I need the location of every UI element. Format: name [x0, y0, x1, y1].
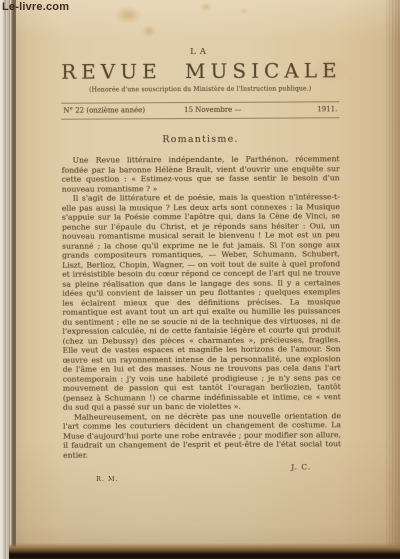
article-title: Romantisme. — [61, 133, 339, 145]
page-edges-texture — [386, 0, 400, 559]
article-paragraph: Malheureusement, on ne décrète pas une n… — [63, 411, 341, 460]
watermark-text: Le-livre.com — [2, 1, 69, 13]
issue-year: 1911. — [254, 105, 337, 113]
article-paragraph: Une Revue littéraire indépendante, le Pa… — [62, 154, 340, 193]
article-signature: J. C. — [63, 462, 341, 472]
masthead: LA REVUE MUSICALE (Honorée d'une souscri… — [61, 46, 339, 93]
issue-line: N° 22 (onzième année) 15 Novembre — 1911… — [61, 102, 339, 118]
masthead-pretitle: LA — [61, 46, 339, 57]
header-divider-bottom — [61, 117, 339, 119]
page-content: LA REVUE MUSICALE (Honorée d'une souscri… — [61, 0, 341, 473]
issue-date: 15 Novembre — — [171, 106, 254, 114]
issue-number: N° 22 (onzième année) — [63, 106, 171, 115]
masthead-title: REVUE MUSICALE — [61, 58, 339, 83]
book-spine-edge — [0, 0, 16, 559]
book-page-photo: LA REVUE MUSICALE (Honorée d'une souscri… — [0, 0, 400, 559]
article-paragraph: Il s'agit de littérature et de poésie, m… — [62, 192, 341, 412]
printer-mark: R. M. — [96, 475, 119, 483]
article-body: Une Revue littéraire indépendante, le Pa… — [62, 154, 342, 459]
book-bottom-edge — [9, 543, 400, 559]
masthead-subtitle: (Honorée d'une souscription du Ministère… — [61, 85, 339, 93]
